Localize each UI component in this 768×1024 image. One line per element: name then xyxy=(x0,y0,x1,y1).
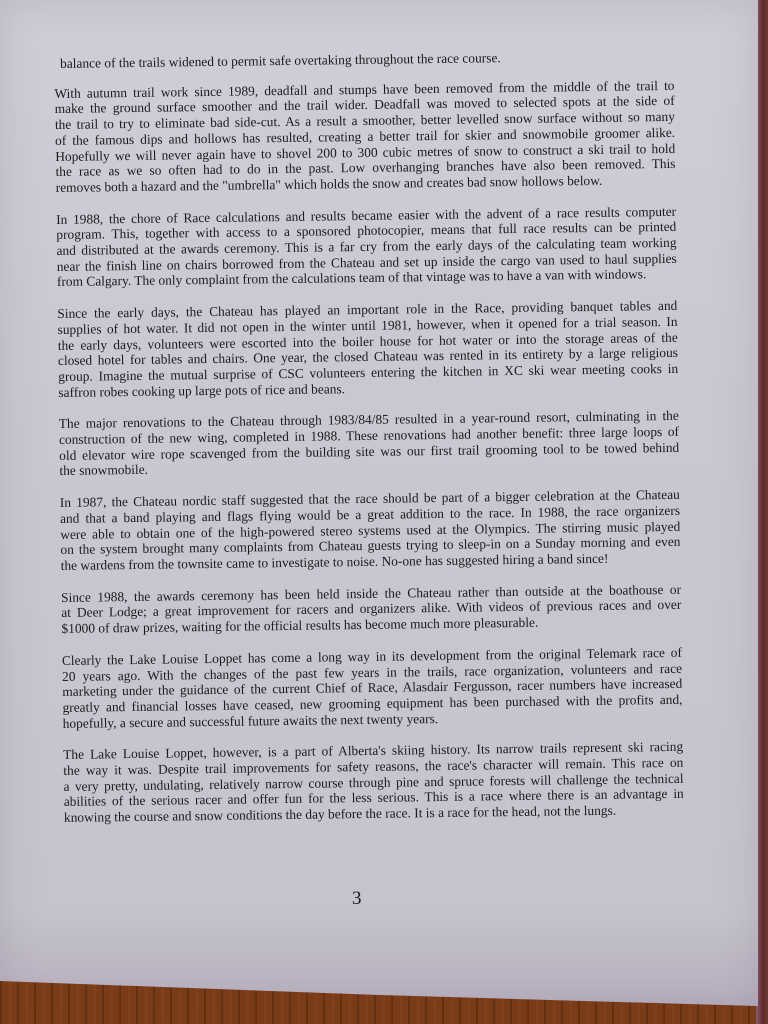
paragraph: The Lake Louise Loppet, however, is a pa… xyxy=(63,739,684,826)
document-page: balance of the trails widened to permit … xyxy=(0,0,758,1010)
paragraph: In 1987, the Chateau nordic staff sugges… xyxy=(60,487,681,574)
paragraph: In 1988, the chore of Race calculations … xyxy=(56,203,677,290)
paragraph: The major renovations to the Chateau thr… xyxy=(59,408,680,479)
paragraph: Since the early days, the Chateau has pl… xyxy=(57,298,678,400)
lead-line: balance of the trails widened to permit … xyxy=(60,48,674,72)
paragraph: Since 1988, the awards ceremony has been… xyxy=(61,582,682,637)
document-body: balance of the trails widened to permit … xyxy=(54,48,684,842)
paragraph-list: With autumn trail work since 1989, deadf… xyxy=(54,78,684,826)
paragraph: Clearly the Lake Louise Loppet has come … xyxy=(62,645,683,732)
page-number: 3 xyxy=(352,888,362,910)
paragraph: With autumn trail work since 1989, deadf… xyxy=(54,78,675,196)
